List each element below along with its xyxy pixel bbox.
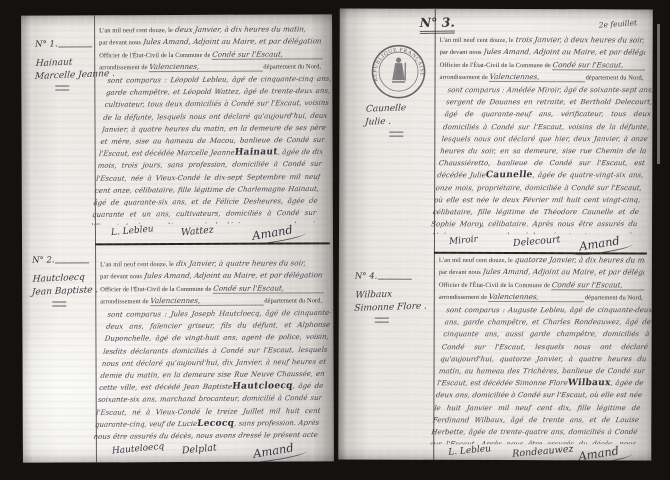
handwritten-fill-officer: Jules Amand, Adjoint au Maire, et par dé… — [144, 271, 325, 281]
printed-form-text: par devant nous — [99, 39, 143, 46]
handwritten-fill-date: deux Janvier, à dix heures du matin, — [174, 24, 323, 34]
form-line-arrondissement: arrondissement de Valenciennes, départem… — [440, 72, 646, 85]
printed-form-text: arrondissement de — [440, 74, 490, 81]
act-body-text: sont comparus : Jules Joseph Hautcloecq,… — [93, 307, 332, 443]
handwritten-fill-arrondissement: Valenciennes, — [150, 296, 265, 307]
printed-form-text: arrondissement de — [99, 64, 149, 71]
deceased-name: Caunelle — [485, 171, 533, 181]
deceased-margin-name: Wilbaux Simonne Flore . — [354, 287, 428, 314]
marianne-figure-icon — [392, 58, 406, 83]
act-separator-line — [95, 242, 330, 245]
deceased-name: Lecocq — [197, 419, 235, 429]
margin-annotation-act4: N° 4. Wilbaux Simonne Flore . — [355, 264, 428, 323]
printed-form-text: département du Nord, — [264, 297, 324, 304]
margin-dash — [55, 85, 69, 90]
left-page: N° 1. Hainaut Marcelle Jeanne . N° 2. Ha… — [21, 14, 334, 462]
signature: L. Lebleu — [111, 224, 155, 238]
handwritten-fill-date: quatorze Janvier, à dix heures du matin, — [514, 255, 645, 264]
act-body-text: sont comparus : Léopold Lebleu, âgé de c… — [91, 73, 332, 225]
signature: L. Lebleu — [448, 444, 491, 458]
margin-dash — [52, 301, 66, 306]
register-scan: N° 1. Hainaut Marcelle Jeanne . N° 2. Ha… — [0, 0, 670, 480]
act-number-header: N° 3. — [420, 15, 455, 34]
handwritten-fill-officer: Jules Amand, Adjoint au Maire, et par dé… — [143, 37, 324, 47]
printed-form-text: L'an mil neuf cent douze, le — [100, 261, 176, 268]
form-line-officer: par devant nous Jules Amand, Adjoint au … — [440, 47, 646, 60]
printed-form-text: Officier de l'État-Civil de la Commune d… — [100, 285, 213, 292]
act-number: N° 4. — [355, 272, 378, 282]
printed-form-text: L'an mil neuf cent douze, le — [440, 37, 516, 44]
handwritten-fill-arrondissement: Valenciennes, — [489, 72, 586, 82]
printed-form-text: arrondissement de — [100, 298, 150, 305]
signatures-row: Hauteloecq Delplat Amand — [101, 444, 325, 463]
printed-form-text: département du Nord, — [585, 294, 645, 301]
printed-form-text: département du Nord, — [263, 63, 323, 70]
margin-annotation-act3: RÉPUBLIQUE FRANÇAISE Caunelle Julie . — [355, 43, 427, 137]
handwritten-fill-date: dix Janvier, à quatre heures du soir, — [175, 258, 324, 268]
death-record-act4: L'an mil neuf cent douze, le quatorze Ja… — [339, 254, 652, 255]
handwritten-fill-arrondissement: Valenciennes, — [489, 292, 586, 302]
handwritten-fill-commune: Condé sur l'Escaut, — [212, 49, 323, 59]
deceased-name: Hautcloecq — [232, 382, 294, 393]
signature: Delecourt — [513, 234, 561, 249]
printed-form-text: par devant nous — [440, 49, 484, 56]
printed-form-text: L'an mil neuf cent douze, le — [439, 257, 515, 264]
handwritten-fill-commune: Condé sur l'Escaut, — [551, 280, 644, 290]
form-line-date: L'an mil neuf cent douze, le deux Janvie… — [99, 24, 323, 37]
signature: Amand — [252, 441, 295, 461]
handwritten-fill-commune: Condé sur l'Escaut, — [213, 283, 324, 293]
signature: Rondeauwez — [512, 444, 574, 460]
form-line-date: L'an mil neuf cent douze, le dix Janvier… — [100, 258, 324, 271]
deceased-margin-name: Caunelle Julie . — [365, 102, 429, 129]
form-line-commune: Officier de l'État-Civil de la Commune d… — [439, 279, 645, 292]
act-number: N° 2. — [32, 256, 55, 266]
handwritten-fill-commune: Condé sur l'Escaut, — [552, 60, 645, 70]
signature: Wattez — [180, 225, 214, 239]
form-line-commune: Officier de l'État-Civil de la Commune d… — [100, 283, 324, 296]
signature: Amand — [251, 223, 294, 243]
handwritten-fill-officer: Jules Amand, Adjoint au Maire, et par dé… — [482, 267, 645, 277]
printed-form-text: arrondissement de — [439, 294, 489, 301]
signatures-row: L. Lebleu Rondeauwez Amand — [438, 446, 644, 461]
printed-form-text: par devant nous — [100, 273, 144, 280]
form-line-commune: Officier de l'État-Civil de la Commune d… — [99, 49, 323, 62]
printed-form-text: Officier de l'État-Civil de la Commune d… — [439, 281, 552, 288]
printed-form-text: L'an mil neuf cent douze, le — [99, 27, 175, 34]
margin-annotation-act2: N° 2. Hautcloecq Jean Baptiste . — [32, 247, 99, 306]
form-line-date: L'an mil neuf cent douze, le quatorze Ja… — [439, 255, 645, 268]
act-body-text: sont comparus : Auguste Lebleu, âgé de c… — [430, 304, 653, 444]
signature: Hauteloecq — [112, 442, 165, 457]
margin-dash — [375, 318, 389, 323]
form-line-officer: par devant nous Jules Amand, Adjoint au … — [100, 271, 324, 284]
right-page: N° 3. 2e feuillet RÉPUBLIQUE FRANÇAISE — [338, 8, 653, 460]
handwritten-fill-officer: Jules Amand, Adjoint au Maire, et par dé… — [483, 47, 646, 57]
form-line-commune: Officier de l'État-Civil de la Commune d… — [440, 59, 646, 72]
form-line-date: L'an mil neuf cent douze, le trois Janvi… — [440, 35, 646, 48]
printed-form-text: Officier de l'État-Civil de la Commune d… — [440, 61, 553, 68]
form-line-officer: par devant nous Jules Amand, Adjoint au … — [439, 267, 645, 280]
signature: Amand — [577, 444, 620, 461]
signature: Amand — [578, 234, 621, 254]
death-record-act1: L'an mil neuf cent douze, le deux Janvie… — [21, 24, 332, 25]
margin-dash — [389, 132, 403, 137]
printed-form-text: Officier de l'État-Civil de la Commune d… — [99, 51, 212, 58]
folio-note: 2e feuillet — [598, 18, 637, 30]
form-line-officer: par devant nous Jules Amand, Adjoint au … — [99, 37, 323, 50]
handwritten-fill-arrondissement: Valenciennes, — [149, 62, 264, 73]
form-line-arrondissement: arrondissement de Valenciennes, départem… — [439, 292, 645, 305]
deceased-name: Hainaut — [234, 148, 278, 158]
act-number: N° 1. — [35, 40, 58, 50]
deceased-margin-name: Hautcloecq Jean Baptiste . — [31, 271, 99, 299]
revenue-stamp: RÉPUBLIQUE FRANÇAISE — [369, 43, 427, 101]
signature: Delplat — [181, 443, 217, 457]
death-record-act3: L'an mil neuf cent douze, le trois Janvi… — [340, 34, 653, 35]
page-edge-highlight — [657, 24, 660, 164]
deceased-name: Wilbaux — [567, 379, 611, 389]
printed-form-text: département du Nord, — [586, 74, 646, 81]
printed-form-text: par devant nous — [439, 269, 483, 276]
signature: Miroir — [449, 235, 479, 247]
handwritten-fill-date: trois Janvier, à deux heures du soir, — [515, 35, 646, 44]
act-body-text: sont comparus : Amédée Miroir, âgé de so… — [430, 84, 653, 234]
